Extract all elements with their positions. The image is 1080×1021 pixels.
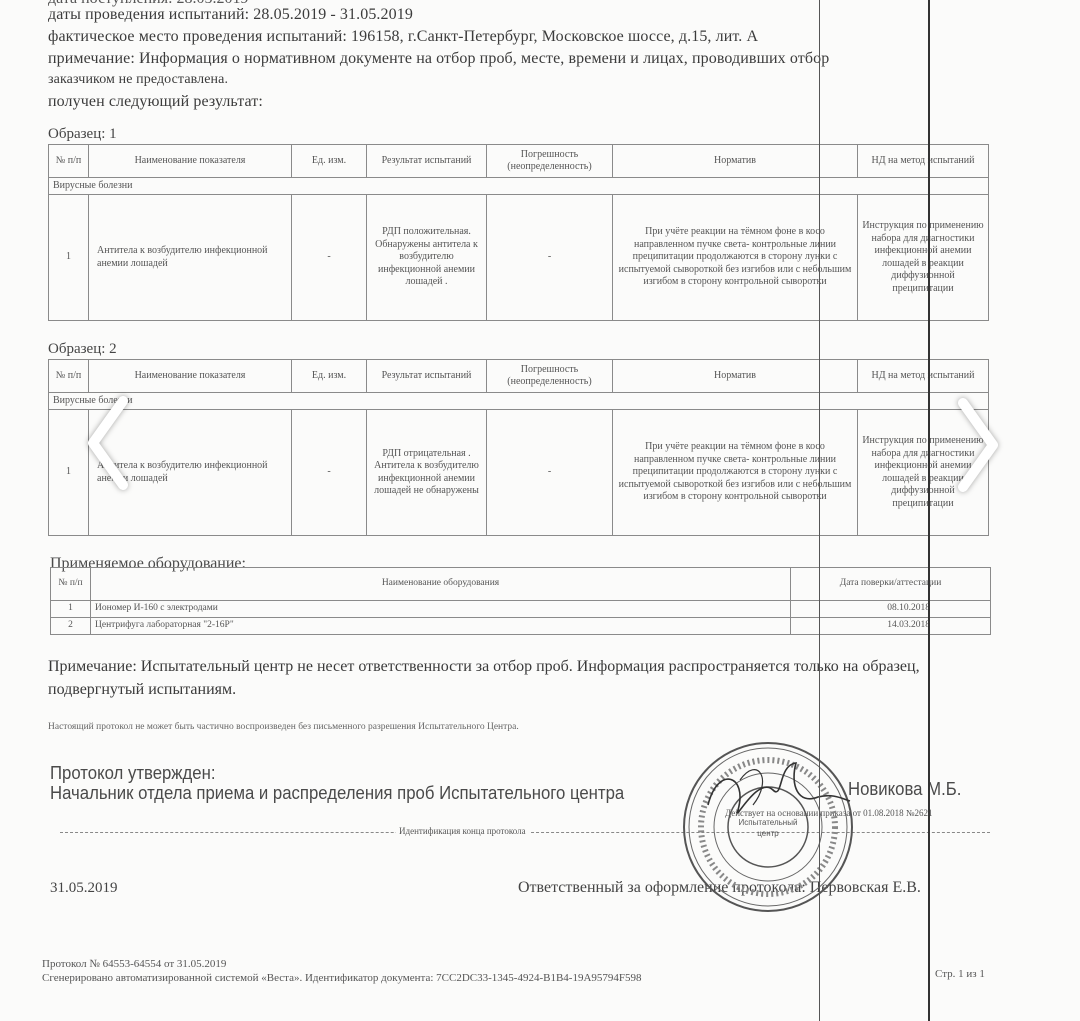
col-result: Результат испытаний: [367, 360, 487, 393]
cell-num: 2: [51, 618, 91, 635]
svg-text:центр: центр: [757, 829, 779, 838]
table-row: 1 Иономер И-160 с электродами 08.10.2018: [51, 601, 991, 618]
col-unit: Ед. изм.: [292, 360, 367, 393]
chevron-left-icon: [83, 393, 133, 493]
footer-generated-by: Сгенерировано автоматизированной системо…: [42, 972, 642, 984]
table-header-row: № п/п Наименование показателя Ед. изм. Р…: [49, 145, 989, 178]
group-row: Вирусные болезни: [49, 393, 989, 410]
sample-1-title: Образец: 1: [48, 126, 117, 143]
cell-uncertainty: -: [487, 195, 613, 321]
approver-position: Начальник отдела приема и распределения …: [50, 783, 624, 804]
table-header-row: № п/п Наименование оборудования Дата пов…: [51, 568, 991, 601]
cell-indicator: Антитела к возбудителю инфекционной анем…: [89, 195, 292, 321]
result-intro: получен следующий результат:: [48, 93, 263, 111]
cell-uncertainty: -: [487, 410, 613, 536]
cell-result: РДП отрицательная . Антитела к возбудите…: [367, 410, 487, 536]
table-row: 1 Антитела к возбудителю инфекционной ан…: [49, 195, 989, 321]
col-unit: Ед. изм.: [292, 145, 367, 178]
col-method: НД на метод испытаний: [858, 360, 989, 393]
col-verification-date: Дата поверки/аттестации: [791, 568, 991, 601]
table-header-row: № п/п Наименование показателя Ед. изм. Р…: [49, 360, 989, 393]
approval-title: Протокол утвержден:: [50, 763, 215, 784]
cell-equipment-name: Центрифуга лабораторная "2-16Р": [91, 618, 791, 635]
header-note-line-2: заказчиком не предоставлена.: [48, 72, 228, 88]
col-norm: Норматив: [613, 145, 858, 178]
protocol-date: 31.05.2019: [50, 880, 118, 897]
table-row: 2 Центрифуга лабораторная "2-16Р" 14.03.…: [51, 618, 991, 635]
col-method: НД на метод испытаний: [858, 145, 989, 178]
svg-text:Испытательный: Испытательный: [739, 818, 798, 827]
responsibility-note: Примечание: Испытательный центр не несет…: [48, 655, 1008, 701]
sample-2-title: Образец: 2: [48, 341, 117, 358]
approver-name: Новикова М.Б.: [848, 779, 961, 800]
cell-norm: При учёте реакции на тёмном фоне в косо …: [613, 410, 858, 536]
scan-artifact-line: [928, 0, 930, 1021]
cell-num: 1: [49, 195, 89, 321]
sample-1-results-table: № п/п Наименование показателя Ед. изм. Р…: [48, 144, 989, 321]
col-num: № п/п: [51, 568, 91, 601]
cell-verification-date: 08.10.2018: [791, 601, 991, 618]
scan-artifact-line: [819, 0, 820, 1021]
sample-2-results-table: № п/п Наименование показателя Ед. изм. Р…: [48, 359, 989, 536]
test-location: фактическое место проведения испытаний: …: [48, 28, 758, 46]
cell-unit: -: [292, 195, 367, 321]
test-dates: даты проведения испытаний: 28.05.2019 - …: [48, 6, 413, 24]
footer-protocol-number: Протокол № 64553-64554 от 31.05.2019: [42, 958, 226, 970]
cell-verification-date: 14.03.2018: [791, 618, 991, 635]
cell-result: РДП положительная. Обнаружены антитела к…: [367, 195, 487, 321]
col-num: № п/п: [49, 145, 89, 178]
group-label: Вирусные болезни: [49, 393, 989, 410]
col-uncertainty: Погрешность (неопределенность): [487, 145, 613, 178]
end-of-protocol-label: Идентификация конца протокола: [396, 826, 529, 836]
cell-norm: При учёте реакции на тёмном фоне в косо …: [613, 195, 858, 321]
table-row: 1 Антитела к возбудителю инфекционной ан…: [49, 410, 989, 536]
cell-equipment-name: Иономер И-160 с электродами: [91, 601, 791, 618]
next-image-button[interactable]: [948, 390, 1008, 500]
header-note-line-1: примечание: Информация о нормативном док…: [48, 50, 829, 68]
scanned-document-page: дата поступления: 28.05.2019 даты провед…: [0, 0, 1080, 1021]
group-label: Вирусные болезни: [49, 178, 989, 195]
previous-image-button[interactable]: [78, 388, 138, 498]
cell-num: 1: [51, 601, 91, 618]
group-row: Вирусные болезни: [49, 178, 989, 195]
official-stamp-icon: Испытательный центр: [678, 735, 858, 915]
equipment-table: № п/п Наименование оборудования Дата пов…: [50, 567, 991, 635]
reproduction-notice: Настоящий протокол не может быть частичн…: [48, 722, 519, 732]
page-number: Стр. 1 из 1: [935, 968, 985, 980]
cell-method: Инструкция по применению набора для диаг…: [858, 195, 989, 321]
col-norm: Норматив: [613, 360, 858, 393]
col-uncertainty: Погрешность (неопределенность): [487, 360, 613, 393]
col-equipment-name: Наименование оборудования: [91, 568, 791, 601]
col-result: Результат испытаний: [367, 145, 487, 178]
cell-unit: -: [292, 410, 367, 536]
col-indicator: Наименование показателя: [89, 145, 292, 178]
chevron-right-icon: [953, 395, 1003, 495]
